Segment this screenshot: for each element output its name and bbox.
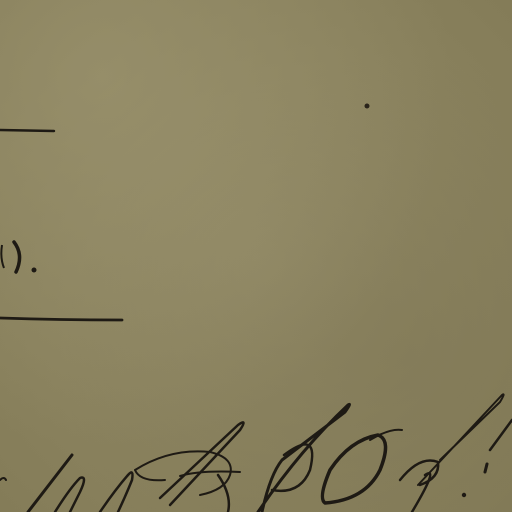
paren-glyph	[14, 242, 20, 272]
ink-speck	[365, 104, 370, 109]
short-rule-line	[0, 130, 54, 131]
cursive-signature	[0, 394, 512, 512]
period-dot	[32, 268, 37, 273]
ink-marks	[0, 0, 512, 512]
long-rule-line	[0, 318, 122, 320]
